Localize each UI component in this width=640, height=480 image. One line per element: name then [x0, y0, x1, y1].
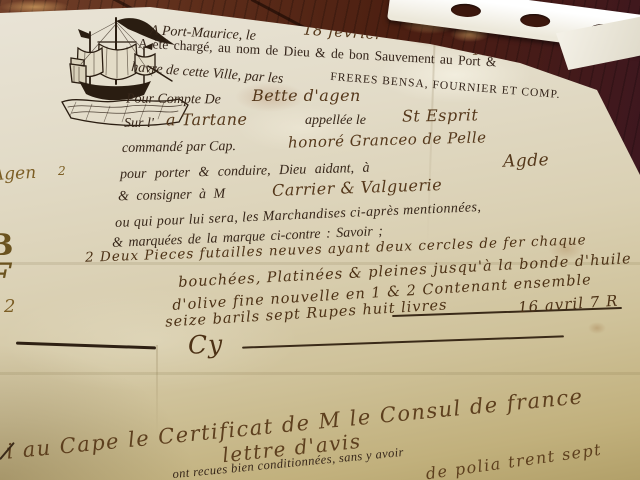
- margin-mark-2: 2: [4, 296, 15, 317]
- margin-monogram-f: F: [0, 256, 10, 296]
- porter-handwritten: Agde: [503, 150, 550, 172]
- consigner-printed: & consigner à M: [118, 187, 226, 206]
- compte-printed: Pour Compte De: [126, 92, 221, 109]
- paper-crease: [0, 372, 640, 375]
- closing-dash: [16, 342, 156, 349]
- paper-crease: [156, 345, 158, 435]
- cy-mark: Cy: [188, 329, 224, 359]
- sur-printed: Sur l': [124, 116, 154, 132]
- commande-printed: commandé par Cap.: [122, 139, 236, 157]
- stain: [588, 322, 606, 334]
- compte-handwritten: Bette d'agen: [252, 86, 361, 105]
- firm-name: FRERES BENSA, FOURNIER ET COMP.: [330, 71, 561, 101]
- margin-small-mark: 2: [58, 164, 66, 178]
- document-paper: A Port-Maurice, le 18 février 1790 = A é…: [0, 0, 640, 480]
- consigner-handwritten: Carrier & Valguerie: [272, 175, 443, 200]
- cargo-date-note: 16 avril 7 R: [517, 292, 618, 317]
- photo-of-historic-shipping-document: A Port-Maurice, le 18 février 1790 = A é…: [0, 0, 640, 480]
- commande-handwritten: honoré Granceo de Pelle: [288, 128, 487, 151]
- punch-hole: [520, 13, 551, 28]
- closing-line: [242, 335, 564, 348]
- footer-hand-partial: de polia trent sept: [425, 440, 604, 480]
- sur-handwritten: a Tartane: [166, 110, 248, 130]
- appellee-printed: appellée le: [305, 113, 366, 129]
- margin-agen: Agen: [0, 163, 37, 185]
- punch-hole: [451, 3, 482, 18]
- appellee-handwritten: St Esprit: [402, 105, 479, 125]
